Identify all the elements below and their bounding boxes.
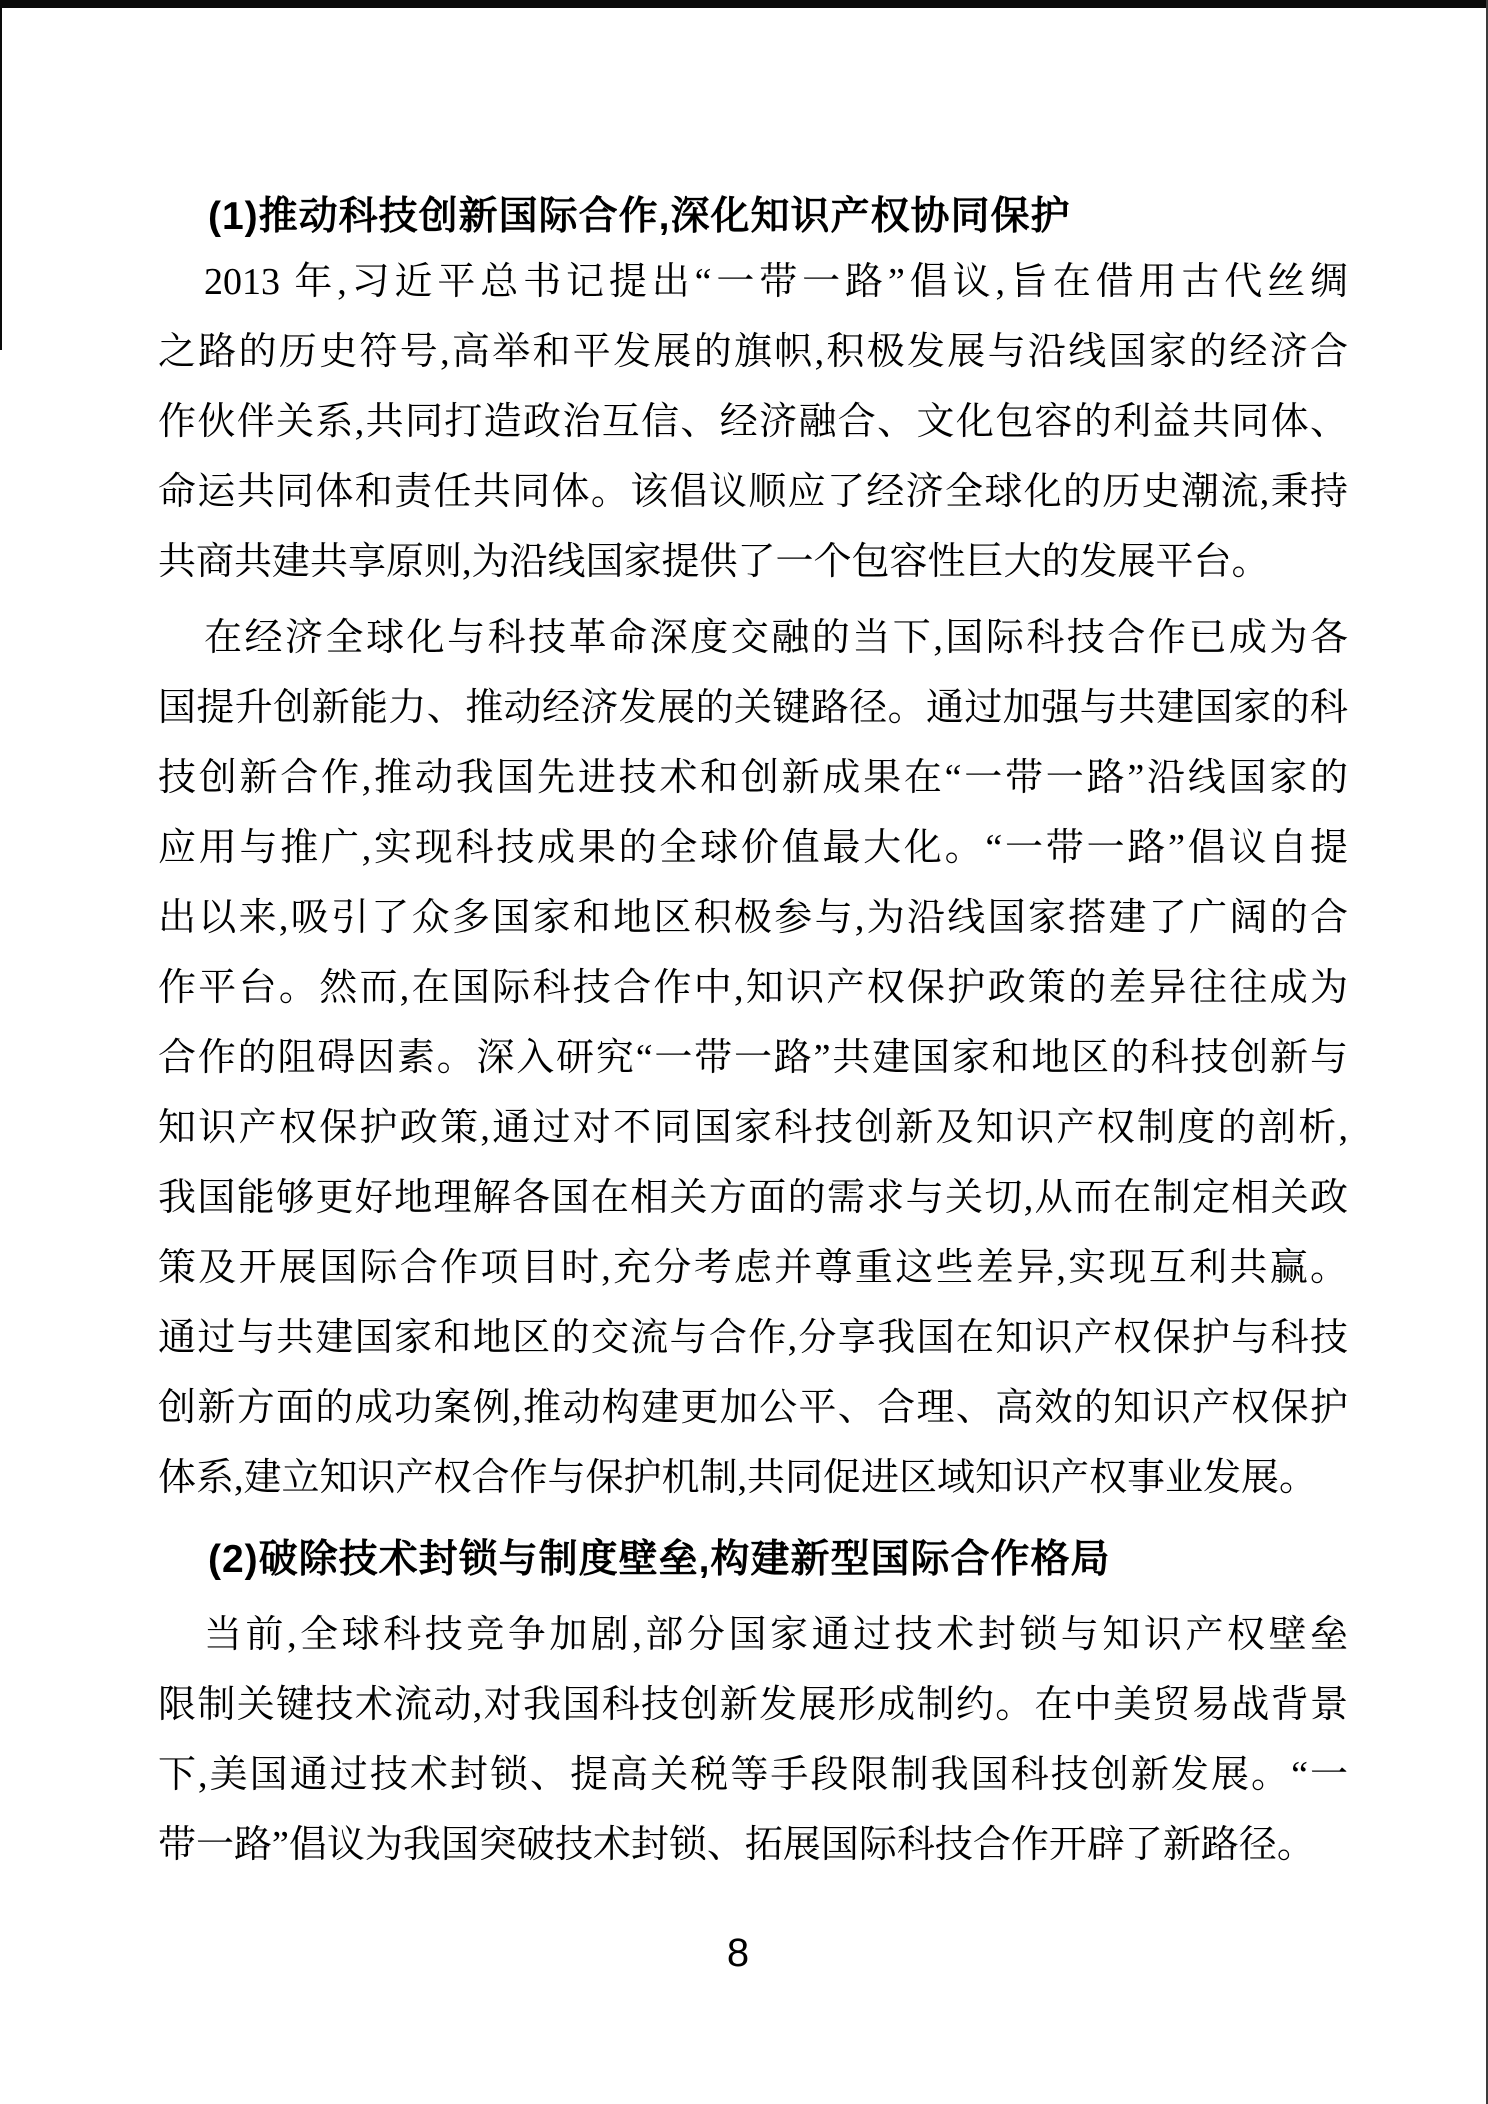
paragraph-line: 通过与共建国家和地区的交流与合作,分享我国在知识产权保护与科技 [158,1303,1348,1373]
paragraph-line: 体系,建立知识产权合作与保护机制,共同促进区域知识产权事业发展。 [158,1443,1348,1513]
section-heading-1: (1)推动科技创新国际合作,深化知识产权协同保护 [158,182,1348,252]
paragraph-line: 2013 年,习近平总书记提出“一带一路”倡议,旨在借用古代丝绸 [158,247,1348,317]
paragraph-3: 当前,全球科技竞争加剧,部分国家通过技术封锁与知识产权壁垒 限制关键技术流动,对… [158,1600,1348,1880]
paragraph-line: 应用与推广,实现科技成果的全球价值最大化。“一带一路”倡议自提 [158,813,1348,883]
paragraph-line: 之路的历史符号,高举和平发展的旗帜,积极发展与沿线国家的经济合 [158,317,1348,387]
paragraph-line: 下,美国通过技术封锁、提高关税等手段限制我国科技创新发展。“一 [158,1740,1348,1810]
paragraph-line: 共商共建共享原则,为沿线国家提供了一个包容性巨大的发展平台。 [158,527,1348,597]
paragraph-line: 带一路”倡议为我国突破技术封锁、拓展国际科技合作开辟了新路径。 [158,1810,1348,1880]
paragraph-line: 出以来,吸引了众多国家和地区积极参与,为沿线国家搭建了广阔的合 [158,883,1348,953]
paragraph-line: 当前,全球科技竞争加剧,部分国家通过技术封锁与知识产权壁垒 [158,1600,1348,1670]
page-number: 8 [158,1918,1318,1988]
paragraph-line: 国提升创新能力、推动经济发展的关键路径。通过加强与共建国家的科 [158,673,1348,743]
paragraph-line: 创新方面的成功案例,推动构建更加公平、合理、高效的知识产权保护 [158,1373,1348,1443]
paragraph-1: 2013 年,习近平总书记提出“一带一路”倡议,旨在借用古代丝绸 之路的历史符号… [158,247,1348,597]
scan-edge-left [0,0,2,350]
paragraph-line: 我国能够更好地理解各国在相关方面的需求与关切,从而在制定相关政 [158,1163,1348,1233]
paragraph-line: 知识产权保护政策,通过对不同国家科技创新及知识产权制度的剖析, [158,1093,1348,1163]
paragraph-line: 技创新合作,推动我国先进技术和创新成果在“一带一路”沿线国家的 [158,743,1348,813]
scan-edge-top [0,0,1488,8]
paragraph-line: 作平台。然而,在国际科技合作中,知识产权保护政策的差异往往成为 [158,953,1348,1023]
section-heading-2: (2)破除技术封锁与制度壁垒,构建新型国际合作格局 [158,1525,1348,1595]
paragraph-line: 合作的阻碍因素。深入研究“一带一路”共建国家和地区的科技创新与 [158,1023,1348,1093]
document-page: (1)推动科技创新国际合作,深化知识产权协同保护 2013 年,习近平总书记提出… [0,0,1488,2104]
paragraph-line: 在经济全球化与科技革命深度交融的当下,国际科技合作已成为各 [158,603,1348,673]
paragraph-line: 命运共同体和责任共同体。该倡议顺应了经济全球化的历史潮流,秉持 [158,457,1348,527]
paragraph-line: 限制关键技术流动,对我国科技创新发展形成制约。在中美贸易战背景 [158,1670,1348,1740]
paragraph-line: 策及开展国际合作项目时,充分考虑并尊重这些差异,实现互利共赢。 [158,1233,1348,1303]
paragraph-line: 作伙伴关系,共同打造政治互信、经济融合、文化包容的利益共同体、 [158,387,1348,457]
paragraph-2: 在经济全球化与科技革命深度交融的当下,国际科技合作已成为各 国提升创新能力、推动… [158,603,1348,1513]
